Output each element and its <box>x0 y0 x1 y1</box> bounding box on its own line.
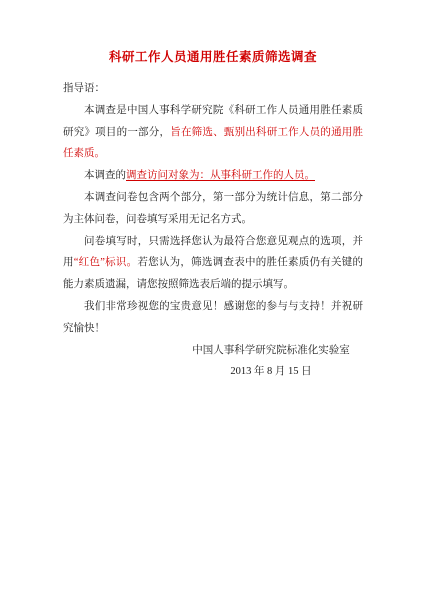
paragraph-target-audience: 本调查的调查访问对象为：从事科研工作的人员。 <box>63 165 363 187</box>
lead-in-label: 指导语： <box>63 78 363 100</box>
text-segment: 本调查的 <box>84 170 126 181</box>
signature-date: 2013 年 8 月 15 日 <box>179 361 363 383</box>
paragraph-project-intro: 本调查是中国人事科学研究院《科研工作人员通用胜任素质研究》项目的一部分，旨在筛选… <box>63 100 363 165</box>
document-body: 指导语： 本调查是中国人事科学研究院《科研工作人员通用胜任素质研究》项目的一部分… <box>63 78 363 383</box>
paragraph-thanks: 我们非常珍视您的宝贵意见！感谢您的参与与支持！并祝研究愉快！ <box>63 296 363 340</box>
red-highlight-marking: “红色”标识。 <box>74 257 138 268</box>
document-page: 科研工作人员通用胜任素质筛选调查 指导语： 本调查是中国人事科学研究院《科研工作… <box>0 0 425 600</box>
red-underlined-audience: 调查访问对象为：从事科研工作的人员。 <box>126 170 315 181</box>
paragraph-fill-instructions: 问卷填写时，只需选择您认为最符合您意见观点的选项，并用“红色”标识。若您认为，筛… <box>63 231 363 296</box>
text-segment: 我们非常珍视您的宝贵意见！感谢您的参与与支持！并祝研究愉快！ <box>63 301 363 334</box>
paragraph-structure: 本调查问卷包含两个部分，第一部分为统计信息，第二部分为主体问卷，问卷填写采用无记… <box>63 187 363 231</box>
page-title: 科研工作人员通用胜任素质筛选调查 <box>63 46 363 68</box>
signature-organization: 中国人事科学研究院标准化实验室 <box>179 340 363 362</box>
signature-block: 中国人事科学研究院标准化实验室 2013 年 8 月 15 日 <box>179 340 363 384</box>
text-segment: 本调查问卷包含两个部分，第一部分为统计信息，第二部分为主体问卷，问卷填写采用无记… <box>63 192 363 225</box>
